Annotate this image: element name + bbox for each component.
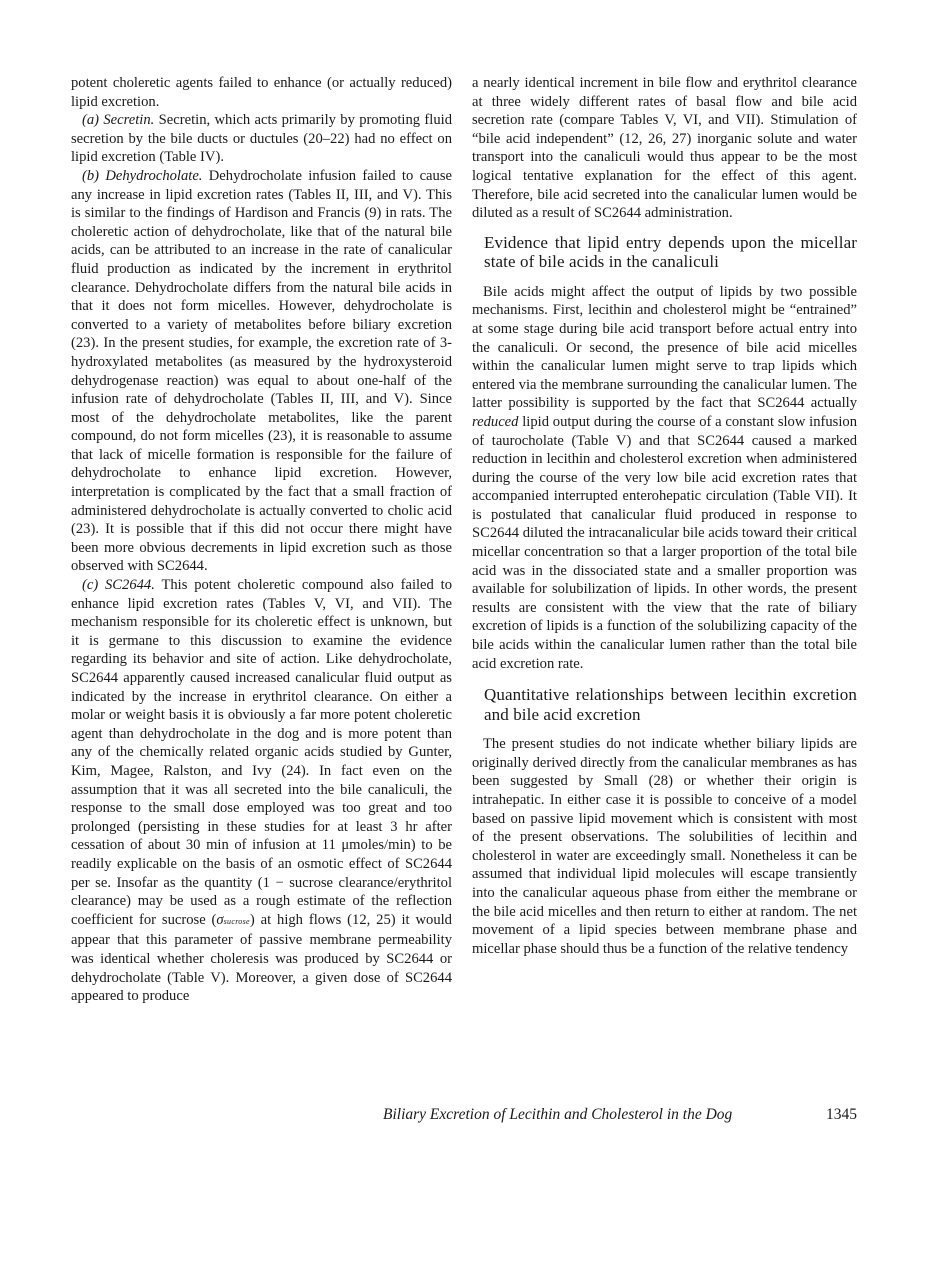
right-column: a nearly identical increment in bile flo… — [472, 74, 857, 1074]
dehydrocholate-label: (b) Dehydrocholate. — [82, 168, 202, 184]
left-column: potent choleretic agents failed to enhan… — [71, 74, 452, 1074]
sigma-subscript: sucrose — [224, 917, 250, 926]
journal-page: potent choleretic agents failed to enhan… — [71, 74, 857, 1074]
mechanisms-text-b: lipid output during the course of a cons… — [472, 414, 857, 672]
paragraph-secretin: (a) Secretin. Secretin, which acts prima… — [71, 111, 452, 167]
paragraph-continuation: a nearly identical increment in bile flo… — [472, 74, 857, 223]
sigma-symbol: σ — [216, 912, 223, 928]
paragraph-mechanisms: Bile acids might affect the output of li… — [472, 283, 857, 673]
sc2644-text-a: This potent choleretic compound also fai… — [71, 577, 452, 928]
paragraph-intro: potent choleretic agents failed to enhan… — [71, 74, 452, 111]
section-heading-micellar-state: Evidence that lipid entry depends upon t… — [484, 233, 857, 272]
emphasis-reduced: reduced — [472, 414, 518, 430]
mechanisms-text-a: Bile acids might affect the output of li… — [472, 284, 857, 412]
page-number: 1345 — [826, 1106, 857, 1124]
paragraph-model: The present studies do not indicate whet… — [472, 735, 857, 958]
running-title: Biliary Excretion of Lecithin and Choles… — [383, 1106, 732, 1124]
section-heading-quantitative: Quantitative relationships between lecit… — [484, 685, 857, 724]
paragraph-sc2644: (c) SC2644. This potent choleretic compo… — [71, 576, 452, 1006]
secretin-label: (a) Secretin. — [82, 112, 154, 128]
sc2644-label: (c) SC2644. — [82, 577, 155, 593]
dehydrocholate-text: Dehydrocholate infusion failed to cause … — [71, 168, 452, 574]
paragraph-dehydrocholate: (b) Dehydrocholate. Dehydrocholate infus… — [71, 167, 452, 576]
page-footer: Biliary Excretion of Lecithin and Choles… — [383, 1106, 857, 1124]
